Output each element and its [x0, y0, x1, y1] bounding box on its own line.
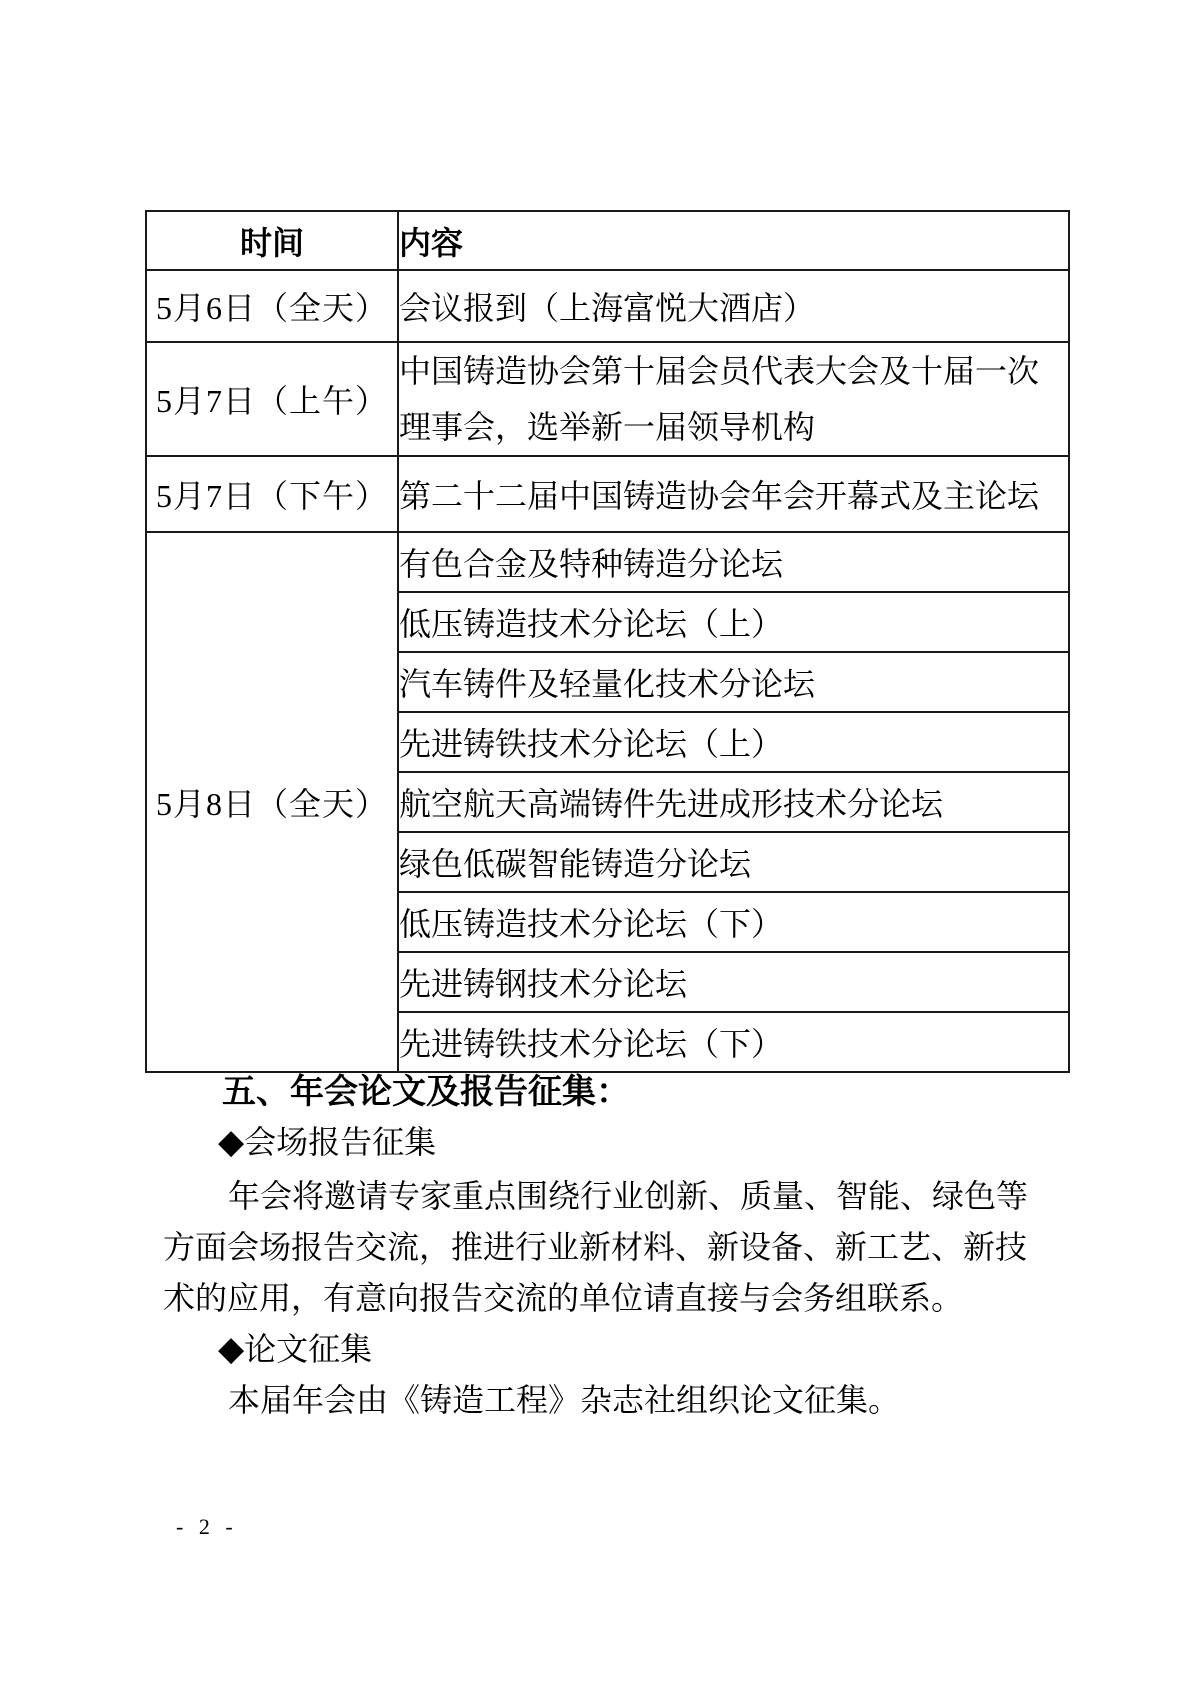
content-cell: 汽车铸件及轻量化技术分论坛: [398, 652, 1069, 712]
diamond-bullet-icon: ◆: [218, 1331, 244, 1368]
table-row: 5月7日（下午） 第二十二届中国铸造协会年会开幕式及主论坛: [146, 456, 1069, 532]
content-cell: 先进铸钢技术分论坛: [398, 952, 1069, 1012]
time-cell: 5月6日（全天）: [146, 270, 398, 342]
bullet-line-paper: ◆论文征集: [218, 1329, 372, 1370]
content-cell: 第二十二届中国铸造协会年会开幕式及主论坛: [398, 456, 1069, 532]
paragraph-line: 术的应用，有意向报告交流的单位请直接与会务组联系。: [163, 1278, 963, 1318]
table-row: 5月7日（上午） 中国铸造协会第十届会员代表大会及十届一次理事会，选举新一届领导…: [146, 342, 1069, 456]
paragraph-line: 本届年会由《铸造工程》杂志社组织论文征集。: [228, 1380, 900, 1420]
table-row: 5月8日（全天） 有色合金及特种铸造分论坛: [146, 532, 1069, 592]
time-cell: 5月7日（上午）: [146, 342, 398, 456]
content-cell: 先进铸铁技术分论坛（下）: [398, 1012, 1069, 1072]
table-header-row: 时间 内容: [146, 211, 1069, 270]
page-number: - 2 -: [176, 1514, 238, 1540]
column-header-content: 内容: [398, 211, 1069, 270]
content-cell: 低压铸造技术分论坛（下）: [398, 892, 1069, 952]
table-row: 5月6日（全天） 会议报到（上海富悦大酒店）: [146, 270, 1069, 342]
bullet-title: 论文征集: [244, 1331, 372, 1367]
schedule-table: 时间 内容 5月6日（全天） 会议报到（上海富悦大酒店） 5月7日（上午） 中国…: [145, 210, 1070, 1073]
content-cell: 低压铸造技术分论坛（上）: [398, 592, 1069, 652]
content-cell: 有色合金及特种铸造分论坛: [398, 532, 1069, 592]
content-cell: 中国铸造协会第十届会员代表大会及十届一次理事会，选举新一届领导机构: [398, 342, 1069, 456]
column-header-time: 时间: [146, 211, 398, 270]
time-cell: 5月7日（下午）: [146, 456, 398, 532]
time-cell-merged: 5月8日（全天）: [146, 532, 398, 1072]
section-heading: 五、年会论文及报告征集：: [222, 1072, 630, 1112]
content-cell: 绿色低碳智能铸造分论坛: [398, 832, 1069, 892]
bullet-line-report: ◆会场报告征集: [218, 1122, 436, 1163]
content-cell: 航空航天高端铸件先进成形技术分论坛: [398, 772, 1069, 832]
paragraph-line: 年会将邀请专家重点围绕行业创新、质量、智能、绿色等: [228, 1176, 1028, 1216]
paragraph-line: 方面会场报告交流，推进行业新材料、新设备、新工艺、新技: [163, 1227, 1027, 1267]
diamond-bullet-icon: ◆: [218, 1124, 244, 1161]
bullet-title: 会场报告征集: [244, 1124, 436, 1160]
content-cell: 先进铸铁技术分论坛（上）: [398, 712, 1069, 772]
content-cell: 会议报到（上海富悦大酒店）: [398, 270, 1069, 342]
